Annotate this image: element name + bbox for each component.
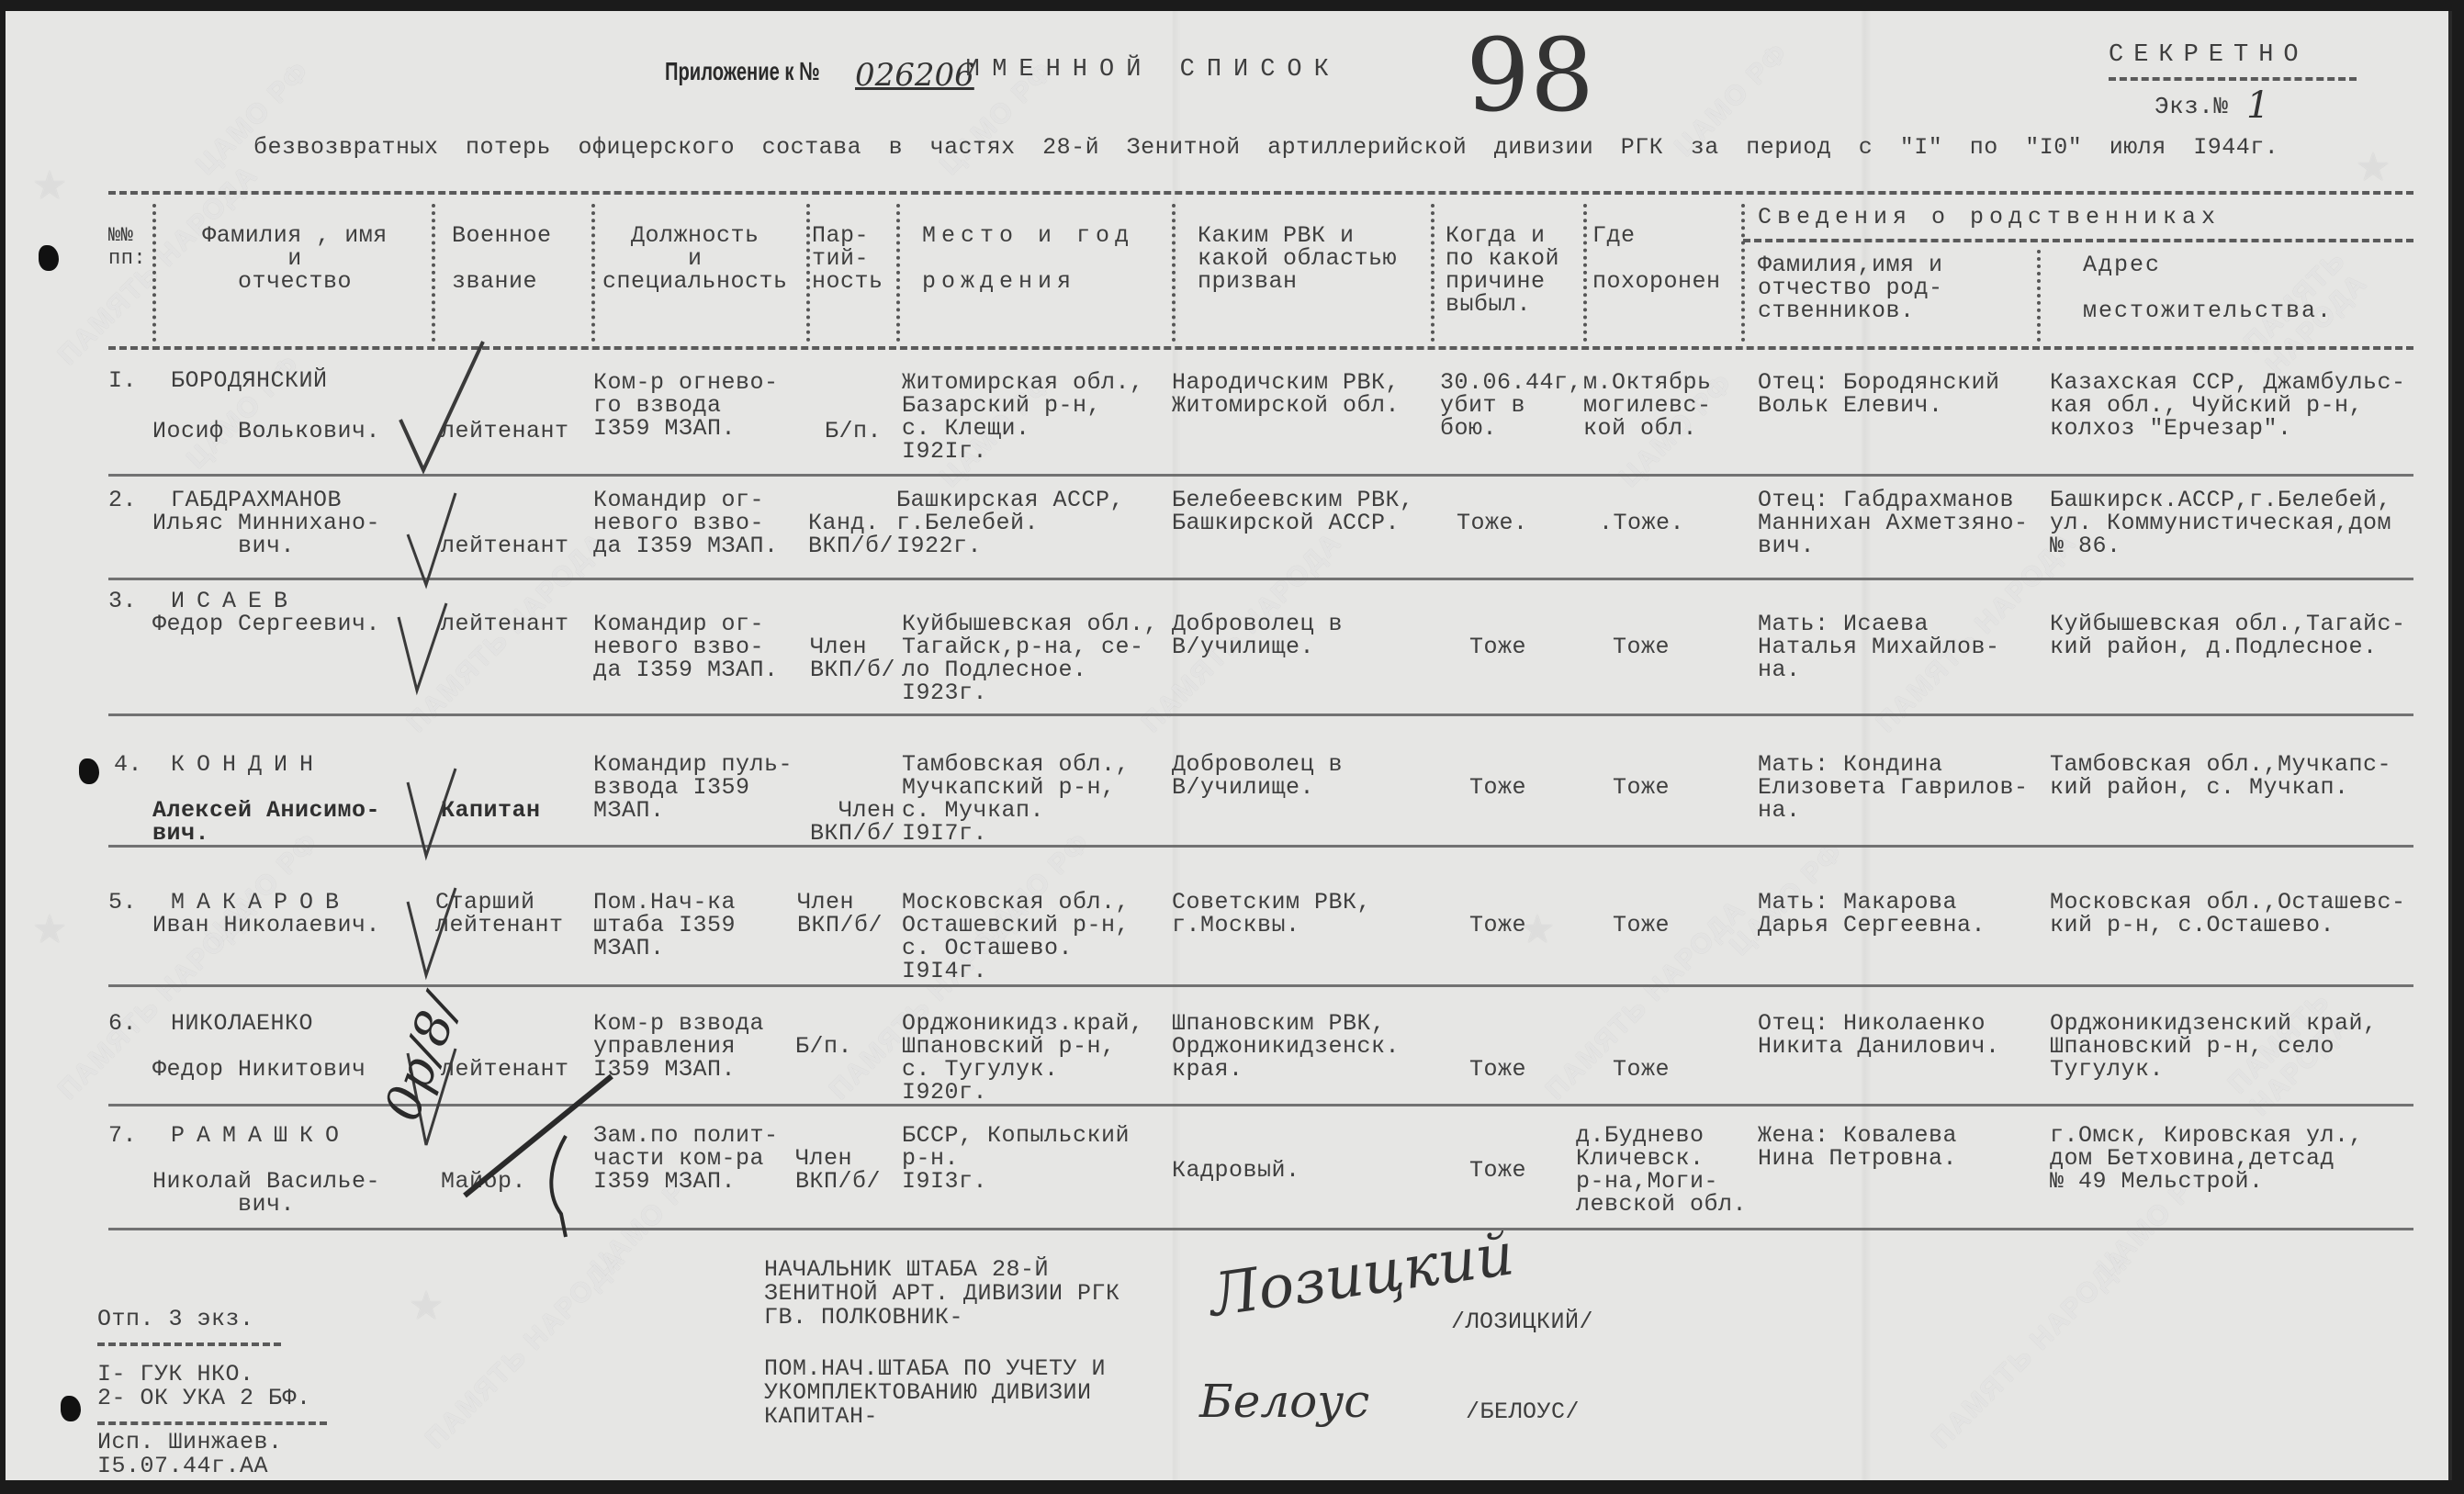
col-sep xyxy=(1741,204,1745,342)
signer1-name: /ЛОЗИЦКИЙ/ xyxy=(1451,1310,1593,1333)
watermark-memory: ПАМЯТЬ НАРОДА xyxy=(1926,1242,2138,1455)
row-num: 6. xyxy=(108,1012,137,1035)
row-buried: д.Буднево Кличевск. р-на,Моги- левской о… xyxy=(1576,1124,1747,1216)
row-relative-name: Мать: Исаева Наталья Михайлов- на. xyxy=(1758,612,2000,681)
col-header-name: Фамилия , имя и отчество xyxy=(171,224,419,293)
row-num: 4. xyxy=(114,753,142,776)
row-buried: Тоже xyxy=(1613,914,1670,937)
row-relative-name: Мать: Кондина Елизовета Гаврилов- на. xyxy=(1758,753,2029,822)
signer2-name: /БЕЛОУС/ xyxy=(1466,1400,1580,1423)
row-relative-address: Куйбышевская обл.,Тагайс- кий район, д.П… xyxy=(2050,612,2406,658)
col-header-relative-name: Фамилия,имя и отчество род- ственников. xyxy=(1758,253,1943,322)
col-sep xyxy=(152,204,156,342)
divider xyxy=(97,1421,327,1425)
row-drafted: Шпановским РВК, Орджоникидзенск. края. xyxy=(1172,1012,1400,1081)
row-surname: ГАБДРАХМАНОВ xyxy=(171,489,342,511)
relatives-subrule xyxy=(1743,239,2413,242)
row-num: I. xyxy=(108,369,137,392)
row-surname: РАМАШКО xyxy=(171,1124,351,1147)
punch-hole xyxy=(39,245,59,271)
row-birth: Орджоникидз.край, Шпановский р-н, с. Туг… xyxy=(902,1012,1144,1104)
distribution-1: I- ГУК НКО. xyxy=(97,1363,254,1386)
col-header-relatives: Сведения о родственниках xyxy=(1758,206,2221,229)
row-birth: БССР, Копыльский р-н. I9I3г. xyxy=(902,1124,1130,1193)
row-position: Командир пуль- взвода I359 МЗАП. xyxy=(593,753,793,822)
watermark-memory: ПАМЯТЬ НАРОДА xyxy=(420,1242,632,1455)
row-relative-address: Башкирск.АССР,г.Белебей, ул. Коммунистич… xyxy=(2050,489,2391,557)
row-party: Канд. ВКП/б/ xyxy=(808,511,894,557)
row-relative-address: Казахская ССР, Джамбульс- кая обл., Чуйс… xyxy=(2050,371,2406,440)
row-position: Пом.Нач-ка штаба I359 МЗАП. xyxy=(593,891,736,960)
row-surname: МАКАРОВ xyxy=(171,891,351,914)
row-relative-name: Мать: Макарова Дарья Сергеевна. xyxy=(1758,891,1986,937)
row-party: Член ВКП/б/ xyxy=(797,891,883,937)
row-drafted: Белебеевским РВК, Башкирской АССР. xyxy=(1172,489,1414,534)
col-sep xyxy=(432,204,435,342)
checkmark-icon xyxy=(391,332,492,479)
star-icon: ★ xyxy=(410,1269,443,1337)
appendix-number: 026206 xyxy=(855,57,974,94)
col-header-rank: Военное звание xyxy=(452,224,552,293)
col-sep xyxy=(1583,204,1587,342)
row-relative-name: Отец: Габдрахманов Маннихан Ахметзяно- в… xyxy=(1758,489,2029,557)
copy-number: 1 xyxy=(2246,84,2269,127)
document-title: ИМЕННОЙ СПИСОК xyxy=(965,59,1341,82)
row-given-name: Алексей Анисимо- вич. xyxy=(152,799,380,845)
row-when-why: Тоже xyxy=(1469,776,1526,799)
row-party: Б/п. xyxy=(825,420,882,443)
col-sep xyxy=(591,204,595,342)
row-num: 7. xyxy=(108,1124,137,1147)
row-party: Член ВКП/б/ xyxy=(810,799,895,845)
col-header-drafted: Каким РВК и какой областью призван xyxy=(1198,224,1397,293)
underline xyxy=(2109,77,2357,81)
signer1-title: НАЧАЛЬНИК ШТАБА 28-Й ЗЕНИТНОЙ АРТ. ДИВИЗ… xyxy=(764,1258,1120,1330)
row-when-why: Тоже xyxy=(1469,1159,1526,1182)
col-sep xyxy=(2037,250,2041,342)
page-number: 98 xyxy=(1466,25,1594,126)
col-sep xyxy=(806,204,810,342)
row-buried: Тоже xyxy=(1613,776,1670,799)
col-header-relative-address: Адрес местожительства. xyxy=(2083,253,2333,322)
row-given-name: Ильяс Миннихано- вич. xyxy=(152,511,380,557)
col-header-position: Должность и специальность xyxy=(602,224,788,293)
row-party: Член ВКП/б/ xyxy=(795,1147,881,1193)
col-header-party: Пар- тий- ность xyxy=(812,224,883,293)
signature-2: Белоус xyxy=(1199,1375,1369,1428)
checkmark-icon xyxy=(400,883,474,984)
row-buried: Тоже xyxy=(1613,1058,1670,1081)
row-party: Член ВКП/б/ xyxy=(810,635,895,681)
row-surname: ИСАЕВ xyxy=(171,590,299,612)
distribution-2: 2- ОК УКА 2 БФ. xyxy=(97,1387,311,1410)
row-relative-name: Отец: Бородянский Вольк Елевич. xyxy=(1758,371,2000,417)
row-given-name: Николай Василье- вич. xyxy=(152,1170,380,1216)
row-rule xyxy=(108,713,2413,716)
date: I5.07.44г.АА xyxy=(97,1455,268,1477)
row-given-name: Иосиф Волькович. xyxy=(152,420,380,443)
star-icon: ★ xyxy=(33,149,66,217)
col-sep xyxy=(896,204,900,342)
row-birth: Московская обл., Осташевский р-н, с. Ост… xyxy=(902,891,1130,983)
row-num: 2. xyxy=(108,489,137,511)
checkmark-icon xyxy=(400,764,474,865)
appendix-label: Приложение к № xyxy=(665,57,820,86)
row-birth: Тамбовская обл., Мучкапский р-н, с. Мучк… xyxy=(902,753,1130,845)
row-when-why: Тоже xyxy=(1469,914,1526,937)
row-num: 3. xyxy=(108,590,137,612)
row-drafted: Советским РВК, г.Москвы. xyxy=(1172,891,1371,937)
col-header-when-why: Когда и по какой причине выбыл. xyxy=(1446,224,1559,316)
document-subtitle: безвозвратных потерь офицерского состава… xyxy=(253,136,2278,159)
checkmark-icon xyxy=(391,599,465,700)
row-relative-address: Орджоникидзенский край, Шпановский р-н, … xyxy=(2050,1012,2378,1081)
row-position: Ком-р огнево- го взвода I359 МЗАП. xyxy=(593,371,779,440)
row-position: Командир ог- невого взво- да I359 МЗАП. xyxy=(593,612,779,681)
row-when-why: Тоже xyxy=(1469,635,1526,658)
row-when-why: 30.06.44г, убит в бою. xyxy=(1440,371,1582,440)
header-top-rule xyxy=(108,191,2413,195)
col-header-birth: Место и год рождения xyxy=(922,224,1134,293)
row-given-name: Иван Николаевич. xyxy=(152,914,380,937)
divider xyxy=(97,1342,281,1346)
row-buried: Тоже xyxy=(1613,635,1670,658)
row-relative-address: г.Омск, Кировская ул., дом Бетховина,дет… xyxy=(2050,1124,2363,1193)
secrecy-stamp: СЕКРЕТНО xyxy=(2109,44,2309,67)
row-birth: Башкирская АССР, г.Белебей. I922г. xyxy=(896,489,1124,557)
handwritten-annotation xyxy=(410,1067,630,1251)
executor: Исп. Шинжаев. xyxy=(97,1431,283,1454)
col-sep xyxy=(1172,204,1176,342)
star-icon: ★ xyxy=(33,893,66,960)
row-num: 5. xyxy=(108,891,137,914)
row-relative-name: Жена: Ковалева Нина Петровна. xyxy=(1758,1124,1957,1170)
col-header-buried: Где похоронен xyxy=(1592,224,1721,293)
row-drafted: Народичским РВК, Житомирской обл. xyxy=(1172,371,1400,417)
row-relative-address: Тамбовская обл.,Мучкапс- кий район, с. М… xyxy=(2050,753,2391,799)
star-icon: ★ xyxy=(2357,130,2390,198)
watermark-tsamo: ЦАМО РФ xyxy=(190,56,316,182)
document-sheet: ЦАМО РФ ЦАМО РФ ЦАМО РФ ЦАМО РФ ЦАМО РФ … xyxy=(6,11,2452,1480)
row-birth: Куйбышевская обл., Тагайск,р-на, се- ло … xyxy=(902,612,1158,704)
row-party: Б/п. xyxy=(795,1035,852,1058)
copy-label: Экз.№ xyxy=(2155,95,2229,118)
row-surname: КОНДИН xyxy=(171,753,325,776)
row-drafted: Доброволец в В/училище. xyxy=(1172,753,1343,799)
row-given-name: Федор Никитович xyxy=(152,1058,366,1081)
checkmark-icon xyxy=(400,489,474,590)
row-birth: Житомирская обл., Базарский р-н, с. Клещ… xyxy=(902,371,1144,463)
punch-hole xyxy=(61,1396,81,1421)
col-header-num: №№ пп: xyxy=(108,224,146,270)
row-relative-address: Московская обл.,Осташевс- кий р-н, с.Ост… xyxy=(2050,891,2406,937)
row-when-why: Тоже xyxy=(1469,1058,1526,1081)
row-rule xyxy=(108,984,2413,987)
row-buried: .Тоже. xyxy=(1599,511,1684,534)
signer2-title: ПОМ.НАЧ.ШТАБА ПО УЧЕТУ И УКОМПЛЕКТОВАНИЮ… xyxy=(764,1357,1106,1429)
row-relative-name: Отец: Николаенко Никита Данилович. xyxy=(1758,1012,2000,1058)
copies-count: Отп. 3 экз. xyxy=(97,1308,254,1331)
row-surname: БОРОДЯНСКИЙ xyxy=(171,369,328,392)
row-drafted: Кадровый. xyxy=(1172,1159,1300,1182)
punch-hole xyxy=(79,758,99,784)
row-position: Командир ог- невого взво- да I359 МЗАП. xyxy=(593,489,779,557)
row-given-name: Федор Сергеевич. xyxy=(152,612,380,635)
row-drafted: Доброволец в В/училище. xyxy=(1172,612,1343,658)
row-when-why: Тоже. xyxy=(1457,511,1528,534)
col-sep xyxy=(1431,204,1435,342)
row-buried: м.Октябрь могилевс- кой обл. xyxy=(1583,371,1712,440)
row-surname: НИКОЛАЕНКО xyxy=(171,1012,313,1035)
